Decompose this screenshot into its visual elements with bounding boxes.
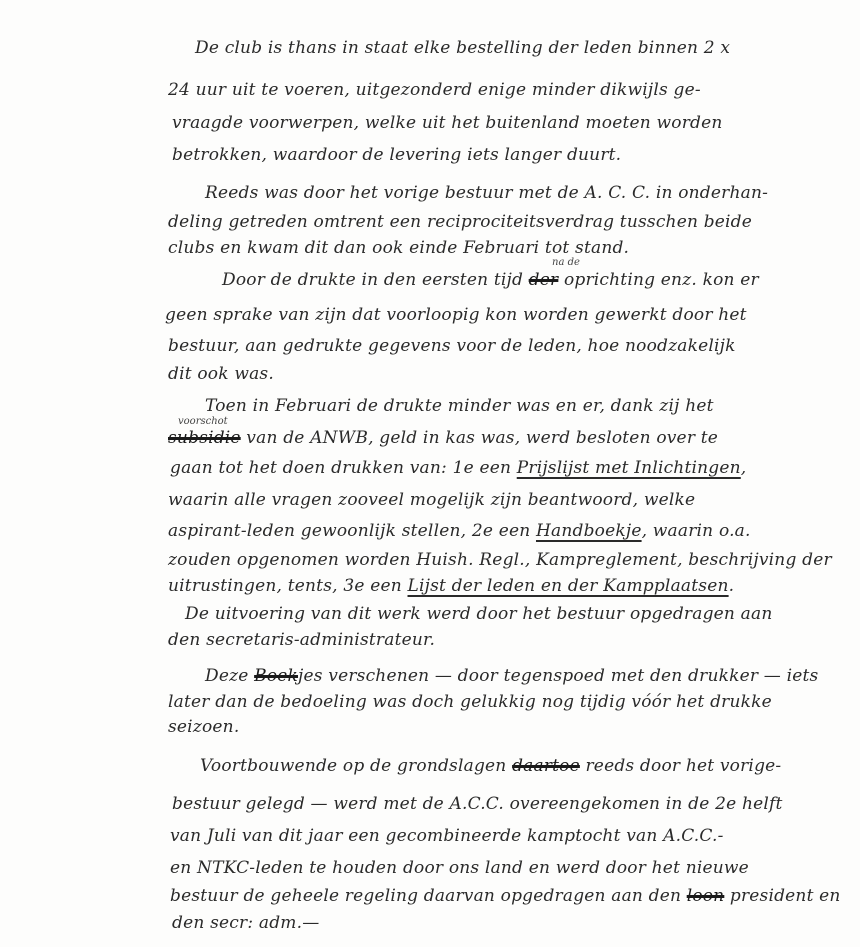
manuscript-line: dit ook was. [168,364,274,384]
manuscript-line: vraagde voorwerpen, welke uit het buiten… [172,113,723,133]
line-text: Voortbouwende op de grondslagen [200,756,512,776]
manuscript-line: subsidie van de ANWB, geld in kas was, w… [168,428,718,448]
struck-word: Boek [254,666,298,686]
manuscript-line: en NTKC-leden te houden door ons land en… [170,858,749,878]
line-text: seizoen. [168,717,239,737]
struck-word: der [529,270,559,290]
manuscript-line: Toen in Februari de drukte minder was en… [205,396,714,416]
line-text: dit ook was. [168,364,274,384]
line-text: den secr: adm.— [172,913,319,933]
manuscript-line: bestuur gelegd — werd met de A.C.C. over… [172,794,783,814]
underlined-title-prijslijst: Prijslijst met Inlichtingen [517,458,741,478]
line-text: , [741,458,747,478]
line-text: De uitvoering van dit werk werd door het… [185,604,773,624]
manuscript-line: later dan de bedoeling was doch gelukkig… [168,692,772,712]
line-text: en NTKC-leden te houden door ons land en… [170,858,749,878]
interlinear-insertion: voorschot [178,416,228,427]
line-text: bestuur de geheele regeling daarvan opge… [170,886,687,906]
manuscript-line: geen sprake van zijn dat voorloopig kon … [165,305,747,325]
line-text: clubs en kwam dit dan ook einde Februari… [168,238,629,258]
manuscript-line: aspirant-leden gewoonlijk stellen, 2e ee… [168,521,751,541]
underlined-title-handboekje: Handboekje [536,521,642,541]
line-text: vraagde voorwerpen, welke uit het buiten… [172,113,723,133]
manuscript-line: 24 uur uit te voeren, uitgezonderd enige… [168,80,701,100]
line-text: uitrustingen, tents, 3e een [168,576,408,596]
line-text: reeds door het vorige- [580,756,781,776]
manuscript-page: De club is thans in staat elke bestellin… [0,0,860,947]
line-text: van Juli van dit jaar een gecombineerde … [170,826,724,846]
manuscript-line: uitrustingen, tents, 3e een Lijst der le… [168,576,734,596]
manuscript-line: De club is thans in staat elke bestellin… [195,38,730,58]
manuscript-line: Door de drukte in den eersten tijd der o… [222,270,759,290]
line-text: Door de drukte in den eersten tijd [222,270,529,290]
manuscript-line: Deze Boekjes verschenen — door tegenspoe… [205,666,818,686]
interlinear-insertion: na de [552,257,580,268]
line-text: Toen in Februari de drukte minder was en… [205,396,714,416]
struck-word: subsidie [168,428,241,448]
manuscript-line: den secretaris-administrateur. [168,630,435,650]
line-text: 24 uur uit te voeren, uitgezonderd enige… [168,80,701,100]
line-text: bestuur gelegd — werd met de A.C.C. over… [172,794,783,814]
manuscript-line: van Juli van dit jaar een gecombineerde … [170,826,724,846]
manuscript-line: waarin alle vragen zooveel mogelijk zijn… [168,490,695,510]
manuscript-line: bestuur de geheele regeling daarvan opge… [170,886,841,906]
line-text: van de ANWB, geld in kas was, werd beslo… [241,428,718,448]
manuscript-line: zouden opgenomen worden Huish. Regl., Ka… [168,550,832,570]
manuscript-line: Reeds was door het vorige bestuur met de… [205,183,768,203]
line-text: oprichting enz. kon er [558,270,759,290]
line-text: betrokken, waardoor de levering iets lan… [172,145,621,165]
line-text: . [729,576,735,596]
struck-word: loon [687,886,725,906]
manuscript-line: De uitvoering van dit werk werd door het… [185,604,773,624]
manuscript-line: deling getreden omtrent een reciprocitei… [168,212,752,232]
line-text: , waarin o.a. [642,521,751,541]
line-text: jes verschenen — door tegenspoed met den… [298,666,818,686]
manuscript-line: den secr: adm.— [172,913,319,933]
struck-word: daartoe [512,756,580,776]
line-text: Reeds was door het vorige bestuur met de… [205,183,768,203]
manuscript-line: gaan tot het doen drukken van: 1e een Pr… [170,458,746,478]
line-text: deling getreden omtrent een reciprocitei… [168,212,752,232]
line-text: president en [724,886,840,906]
line-text: beschrijving der [688,550,832,570]
manuscript-line: bestuur, aan gedrukte gegevens voor de l… [168,336,736,356]
line-text: De club is thans in staat elke bestellin… [195,38,730,58]
line-text: aspirant-leden gewoonlijk stellen, 2e ee… [168,521,536,541]
line-text: Deze [205,666,254,686]
line-text: later dan de bedoeling was doch gelukkig… [168,692,772,712]
line-text: zouden opgenomen worden Huish. Regl., Ka… [168,550,688,570]
line-text: waarin alle vragen zooveel mogelijk zijn… [168,490,695,510]
line-text: den secretaris-administrateur. [168,630,435,650]
manuscript-line: seizoen. [168,717,239,737]
underlined-title-lijst: Lijst der leden en der Kampplaatsen [408,576,729,596]
line-text: bestuur, aan gedrukte gegevens voor de l… [168,336,736,356]
manuscript-line: betrokken, waardoor de levering iets lan… [172,145,621,165]
manuscript-line: clubs en kwam dit dan ook einde Februari… [168,238,629,258]
line-text: geen sprake van zijn dat voorloopig kon … [165,305,747,325]
manuscript-line: Voortbouwende op de grondslagen daartoe … [200,756,781,776]
line-text: gaan tot het doen drukken van: 1e een [170,458,517,478]
